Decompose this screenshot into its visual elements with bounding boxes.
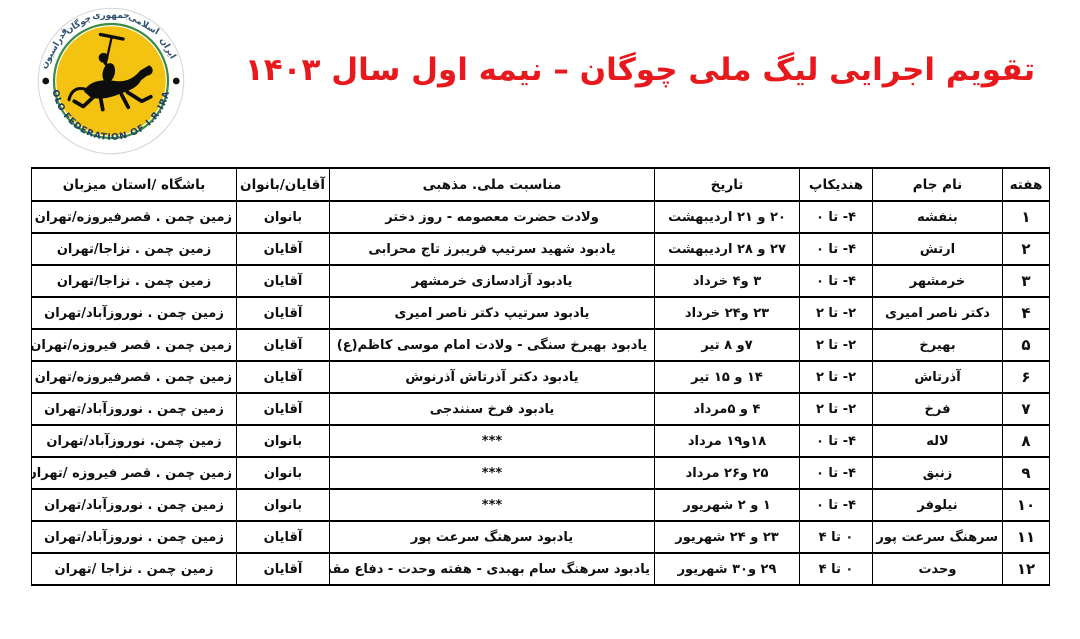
cell-cup-name: زنبق xyxy=(873,457,1003,489)
cell-week: ۱ xyxy=(1003,201,1050,233)
cell-handicap: ۴- تا ۰ xyxy=(800,457,873,489)
cell-gender: آقایان xyxy=(237,361,330,393)
document-page: { "title": "تقویم اجرایی لیگ ملی چوگان –… xyxy=(0,0,1080,639)
cell-date: ۲۳ و۲۴ خرداد xyxy=(655,297,800,329)
header-gender: آقایان/بانوان xyxy=(237,168,330,201)
cell-week: ۶ xyxy=(1003,361,1050,393)
cell-occasion: *** xyxy=(330,489,655,521)
cell-host: زمین چمن . قصرفیروزه/تهران xyxy=(32,361,237,393)
cell-occasion: یادبود بهیرخ سنگی - ولادت امام موسی کاظم… xyxy=(330,329,655,361)
cell-date: ۱ و ۲ شهریور xyxy=(655,489,800,521)
cell-handicap: ۲- تا ۲ xyxy=(800,297,873,329)
cell-cup-name: فرخ xyxy=(873,393,1003,425)
cell-host: زمین چمن . نوروزآباد/تهران xyxy=(32,297,237,329)
cell-handicap: ۴- تا ۰ xyxy=(800,425,873,457)
cell-gender: آقایان xyxy=(237,297,330,329)
header-cup-name: نام جام xyxy=(873,168,1003,201)
cell-cup-name: لاله xyxy=(873,425,1003,457)
cell-host: زمین چمن . نوروزآباد/تهران xyxy=(32,393,237,425)
cell-handicap: ۰ تا ۴ xyxy=(800,521,873,553)
cell-date: ۷و ۸ تیر xyxy=(655,329,800,361)
cell-gender: آقایان xyxy=(237,233,330,265)
cell-host: زمین چمن . نزاجا/تهران xyxy=(32,265,237,297)
cell-host: زمین چمن . قصر فیروزه/تهران xyxy=(32,329,237,361)
cell-gender: بانوان xyxy=(237,201,330,233)
cell-cup-name: نیلوفر xyxy=(873,489,1003,521)
cell-occasion: *** xyxy=(330,457,655,489)
cell-host: زمین چمن . قصرفیروزه/تهران xyxy=(32,201,237,233)
cell-handicap: ۴- تا ۰ xyxy=(800,265,873,297)
cell-occasion: *** xyxy=(330,425,655,457)
cell-date: ۳ و۴ خرداد xyxy=(655,265,800,297)
table-row: ۴ دکتر ناصر امیری ۲- تا ۲ ۲۳ و۲۴ خرداد ی… xyxy=(32,297,1050,329)
cell-week: ۸ xyxy=(1003,425,1050,457)
cell-gender: بانوان xyxy=(237,489,330,521)
table-row: ۹ زنبق ۴- تا ۰ ۲۵ و۲۶ مرداد *** بانوان ز… xyxy=(32,457,1050,489)
header-host: باشگاه /استان میزبان xyxy=(32,168,237,201)
table-row: ۱۲ وحدت ۰ تا ۴ ۲۹ و۳۰ شهریور یادبود سرهن… xyxy=(32,553,1050,585)
cell-week: ۲ xyxy=(1003,233,1050,265)
cell-handicap: ۰ تا ۴ xyxy=(800,553,873,585)
table-row: ۱ بنفشه ۴- تا ۰ ۲۰ و ۲۱ اردیبهشت ولادت ح… xyxy=(32,201,1050,233)
header-occasion: مناسبت ملی. مذهبی xyxy=(330,168,655,201)
cell-week: ۴ xyxy=(1003,297,1050,329)
cell-cup-name: آذرتاش xyxy=(873,361,1003,393)
cell-date: ۱۸و۱۹ مرداد xyxy=(655,425,800,457)
cell-date: ۲۹ و۳۰ شهریور xyxy=(655,553,800,585)
cell-week: ۱۱ xyxy=(1003,521,1050,553)
cell-host: زمین چمن . نوروزآباد/تهران xyxy=(32,521,237,553)
cell-handicap: ۲- تا ۲ xyxy=(800,329,873,361)
cell-cup-name: سرهنگ سرعت پور xyxy=(873,521,1003,553)
cell-cup-name: بنفشه xyxy=(873,201,1003,233)
cell-cup-name: ارتش xyxy=(873,233,1003,265)
cell-host: زمین چمن . نزاجا /تهران xyxy=(32,553,237,585)
table-row: ۷ فرخ ۲- تا ۲ ۴ و ۵مرداد یادبود فرخ سنند… xyxy=(32,393,1050,425)
cell-week: ۹ xyxy=(1003,457,1050,489)
cell-host: زمین چمن . نزاجا/تهران xyxy=(32,233,237,265)
cell-occasion: یادبود سرهنگ سام بهبدی - هفته وحدت - دفا… xyxy=(330,553,655,585)
cell-handicap: ۲- تا ۲ xyxy=(800,361,873,393)
cell-date: ۲۳ و ۲۴ شهریور xyxy=(655,521,800,553)
table-row: ۱۱ سرهنگ سرعت پور ۰ تا ۴ ۲۳ و ۲۴ شهریور … xyxy=(32,521,1050,553)
cell-cup-name: دکتر ناصر امیری xyxy=(873,297,1003,329)
table-row: ۶ آذرتاش ۲- تا ۲ ۱۴ و ۱۵ تیر یادبود دکتر… xyxy=(32,361,1050,393)
cell-gender: آقایان xyxy=(237,265,330,297)
schedule-table-body: ۱ بنفشه ۴- تا ۰ ۲۰ و ۲۱ اردیبهشت ولادت ح… xyxy=(32,201,1050,585)
cell-occasion: یادبود شهید سرتیپ فریبرز تاج محرابی xyxy=(330,233,655,265)
cell-handicap: ۴- تا ۰ xyxy=(800,201,873,233)
cell-gender: آقایان xyxy=(237,553,330,585)
cell-host: زمین چمن . قصر فیروزه /تهران xyxy=(32,457,237,489)
schedule-table-container: هفته نام جام هندیکاپ تاریخ مناسبت ملی. م… xyxy=(31,167,1049,586)
table-row: ۳ خرمشهر ۴- تا ۰ ۳ و۴ خرداد یادبود آزادس… xyxy=(32,265,1050,297)
cell-week: ۳ xyxy=(1003,265,1050,297)
cell-occasion: یادبود سرتیپ دکتر ناصر امیری xyxy=(330,297,655,329)
cell-occasion: ولادت حضرت معصومه - روز دختر xyxy=(330,201,655,233)
cell-gender: آقایان xyxy=(237,393,330,425)
table-row: ۱۰ نیلوفر ۴- تا ۰ ۱ و ۲ شهریور *** بانوا… xyxy=(32,489,1050,521)
page-title: تقویم اجرایی لیگ ملی چوگان – نیمه اول سا… xyxy=(230,52,1050,88)
table-row: ۵ بهیرخ ۲- تا ۲ ۷و ۸ تیر یادبود بهیرخ سن… xyxy=(32,329,1050,361)
cell-handicap: ۲- تا ۲ xyxy=(800,393,873,425)
cell-week: ۷ xyxy=(1003,393,1050,425)
header-handicap: هندیکاپ xyxy=(800,168,873,201)
cell-date: ۲۰ و ۲۱ اردیبهشت xyxy=(655,201,800,233)
cell-date: ۱۴ و ۱۵ تیر xyxy=(655,361,800,393)
svg-text:جمهوری: جمهوری xyxy=(92,11,130,21)
cell-date: ۴ و ۵مرداد xyxy=(655,393,800,425)
page-header: فدراسیونچوگانجمهوریاسلامیایران POLO FEDE… xyxy=(0,0,1080,162)
cell-cup-name: خرمشهر xyxy=(873,265,1003,297)
cell-week: ۱۰ xyxy=(1003,489,1050,521)
cell-gender: آقایان xyxy=(237,329,330,361)
cell-occasion: یادبود فرخ سنندجی xyxy=(330,393,655,425)
logo-left-dot xyxy=(42,78,49,85)
cell-date: ۲۵ و۲۶ مرداد xyxy=(655,457,800,489)
cell-occasion: یادبود آزادسازی خرمشهر xyxy=(330,265,655,297)
cell-occasion: یادبود سرهنگ سرعت پور xyxy=(330,521,655,553)
cell-host: زمین چمن. نوروزآباد/تهران xyxy=(32,425,237,457)
logo-right-dot xyxy=(173,78,180,85)
table-header-row: هفته نام جام هندیکاپ تاریخ مناسبت ملی. م… xyxy=(32,168,1050,201)
cell-occasion: یادبود دکتر آذرتاش آذرنوش xyxy=(330,361,655,393)
schedule-table: هفته نام جام هندیکاپ تاریخ مناسبت ملی. م… xyxy=(31,167,1050,586)
cell-gender: آقایان xyxy=(237,521,330,553)
cell-date: ۲۷ و ۲۸ اردیبهشت xyxy=(655,233,800,265)
table-row: ۸ لاله ۴- تا ۰ ۱۸و۱۹ مرداد *** بانوان زم… xyxy=(32,425,1050,457)
cell-gender: بانوان xyxy=(237,457,330,489)
cell-week: ۱۲ xyxy=(1003,553,1050,585)
header-week: هفته xyxy=(1003,168,1050,201)
cell-host: زمین چمن . نوروزآباد/تهران xyxy=(32,489,237,521)
cell-handicap: ۴- تا ۰ xyxy=(800,489,873,521)
header-date: تاریخ xyxy=(655,168,800,201)
table-row: ۲ ارتش ۴- تا ۰ ۲۷ و ۲۸ اردیبهشت یادبود ش… xyxy=(32,233,1050,265)
cell-handicap: ۴- تا ۰ xyxy=(800,233,873,265)
cell-week: ۵ xyxy=(1003,329,1050,361)
cell-cup-name: بهیرخ xyxy=(873,329,1003,361)
polo-federation-logo: فدراسیونچوگانجمهوریاسلامیایران POLO FEDE… xyxy=(36,6,186,156)
cell-gender: بانوان xyxy=(237,425,330,457)
cell-cup-name: وحدت xyxy=(873,553,1003,585)
